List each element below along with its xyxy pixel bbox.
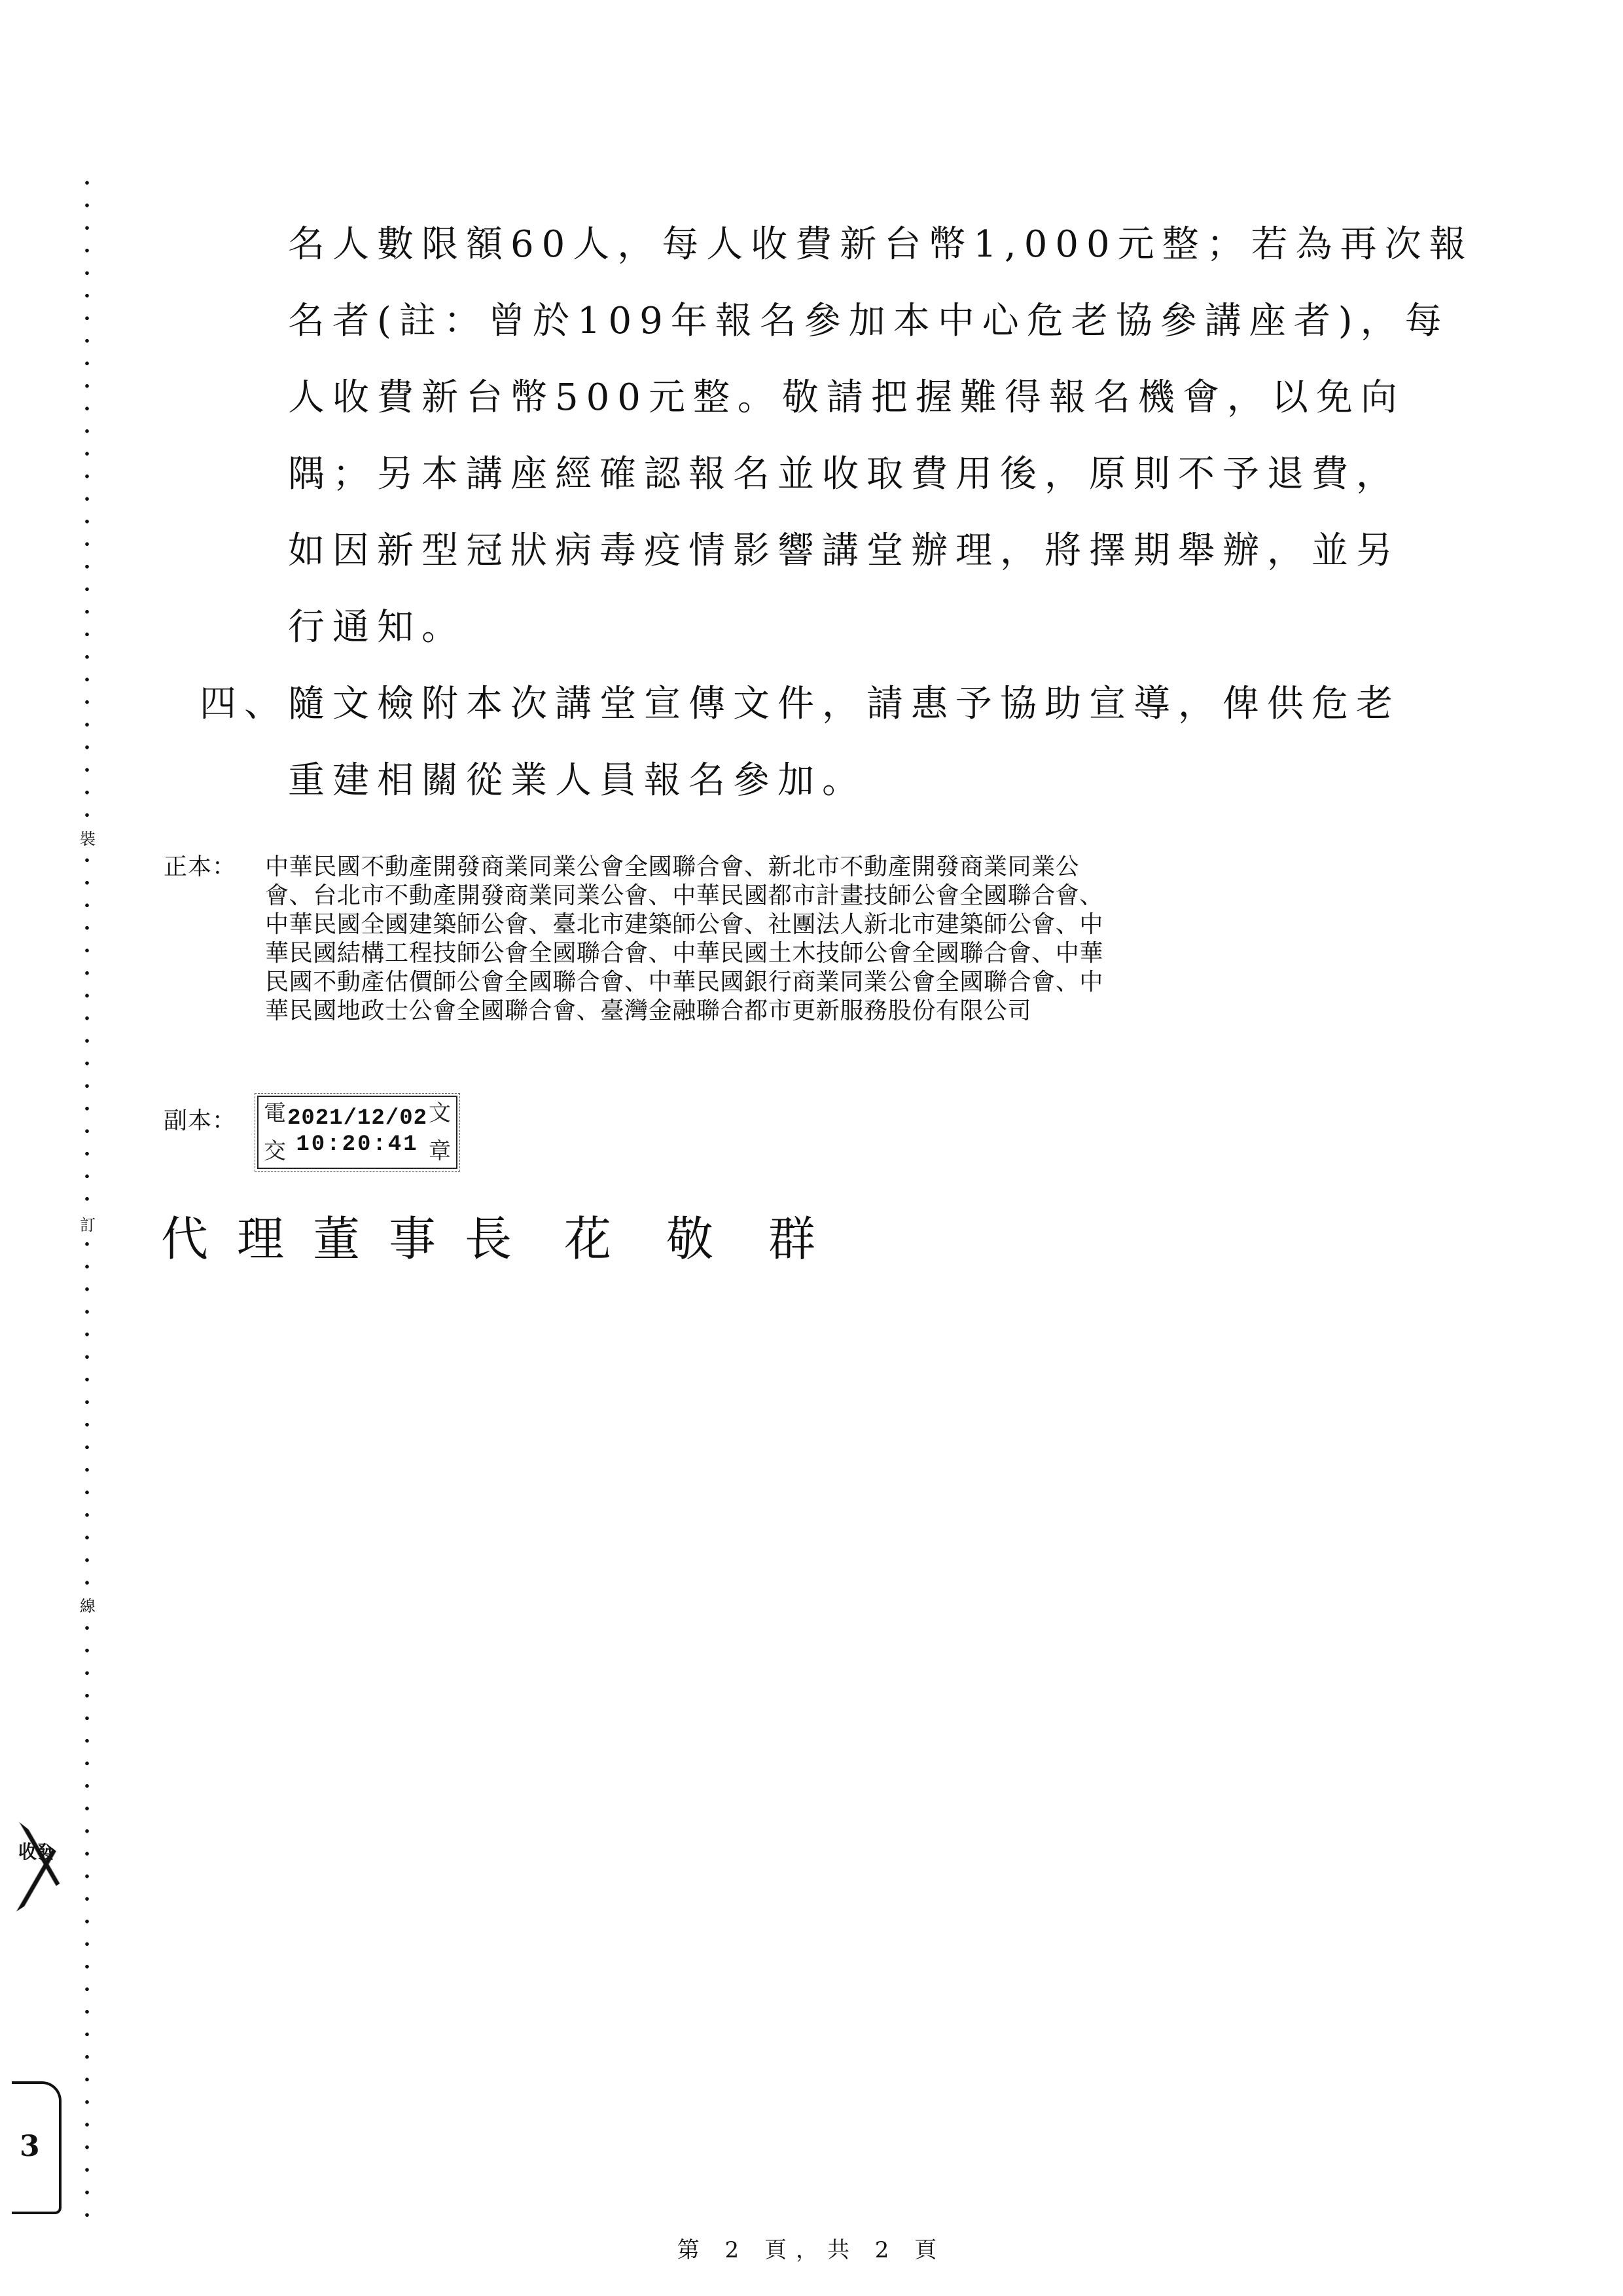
binding-label-zhuang: 裝	[79, 830, 97, 848]
original-recipients-line: 中華民國不動產開發商業同業公會全國聯合會、新北市不動產開發商業同業公	[265, 853, 1079, 882]
copy-recipients-label: 副本：	[164, 1107, 236, 1136]
body-line: 隅；另本講座經確認報名並收取費用後，原則不予退費，	[288, 452, 1400, 497]
seal-text: 收發	[18, 1842, 55, 1862]
receipt-seal-mark: 收發	[12, 1816, 80, 1914]
original-recipients-line: 中華民國全國建築師公會、臺北市建築師公會、社團法人新北市建築師公會、中	[265, 910, 1103, 939]
body-line: 名人數限額60人，每人收費新台幣1,000元整；若為再次報	[288, 223, 1474, 267]
binding-dotted-line	[85, 171, 89, 2220]
stamp-date: 2021/12/02	[259, 1106, 456, 1131]
e-document-exchange-stamp: 電 文 交 章 2021/12/02 10:20:41	[257, 1096, 457, 1169]
binding-label-ding: 訂	[79, 1216, 97, 1234]
original-recipients-line: 民國不動產估價師公會全國聯合會、中華民國銀行商業同業公會全國聯合會、中	[265, 968, 1103, 997]
original-recipients-line: 華民國結構工程技師公會全國聯合會、中華民國土木技師公會全國聯合會、中華	[265, 939, 1103, 968]
signatory-title: 代理董事長	[161, 1211, 541, 1266]
item-4-line: 重建相關從業人員報名參加。	[288, 759, 866, 803]
item-4-marker: 四、	[200, 682, 289, 726]
signatory-name: 花敬群	[564, 1211, 870, 1266]
signature-line: 代理董事長花敬群	[161, 1210, 870, 1268]
page-number: 第 2 頁，共 2 頁	[0, 2232, 1623, 2264]
item-4-line: 隨文檢附本次講堂宣傳文件，請惠予協助宣導，俾供危老	[288, 682, 1400, 726]
seal-text: 3	[20, 2130, 40, 2163]
body-line: 名者(註：曾於109年報名參加本中心危老協參講座者)，每	[288, 299, 1450, 344]
original-recipients-label: 正本：	[164, 853, 236, 882]
body-line: 行通知。	[288, 605, 466, 650]
body-line: 人收費新台幣500元整。敬請把握難得報名機會，以免向	[288, 376, 1405, 420]
original-recipients-line: 華民國地政士公會全國聯合會、臺灣金融聯合都市更新服務股份有限公司	[265, 997, 1031, 1026]
stamp-time: 10:20:41	[259, 1132, 456, 1157]
original-recipients-line: 會、台北市不動產開發商業同業公會、中華民國都市計畫技師公會全國聯合會、	[265, 882, 1103, 910]
body-line: 如因新型冠狀病毒疫情影響講堂辦理，將擇期舉辦，並另	[288, 529, 1400, 573]
page-seal-mark: 3	[12, 2081, 62, 2214]
page-number-text: 第 2 頁，共 2 頁	[677, 2237, 946, 2263]
binding-label-xian: 線	[79, 1597, 97, 1615]
